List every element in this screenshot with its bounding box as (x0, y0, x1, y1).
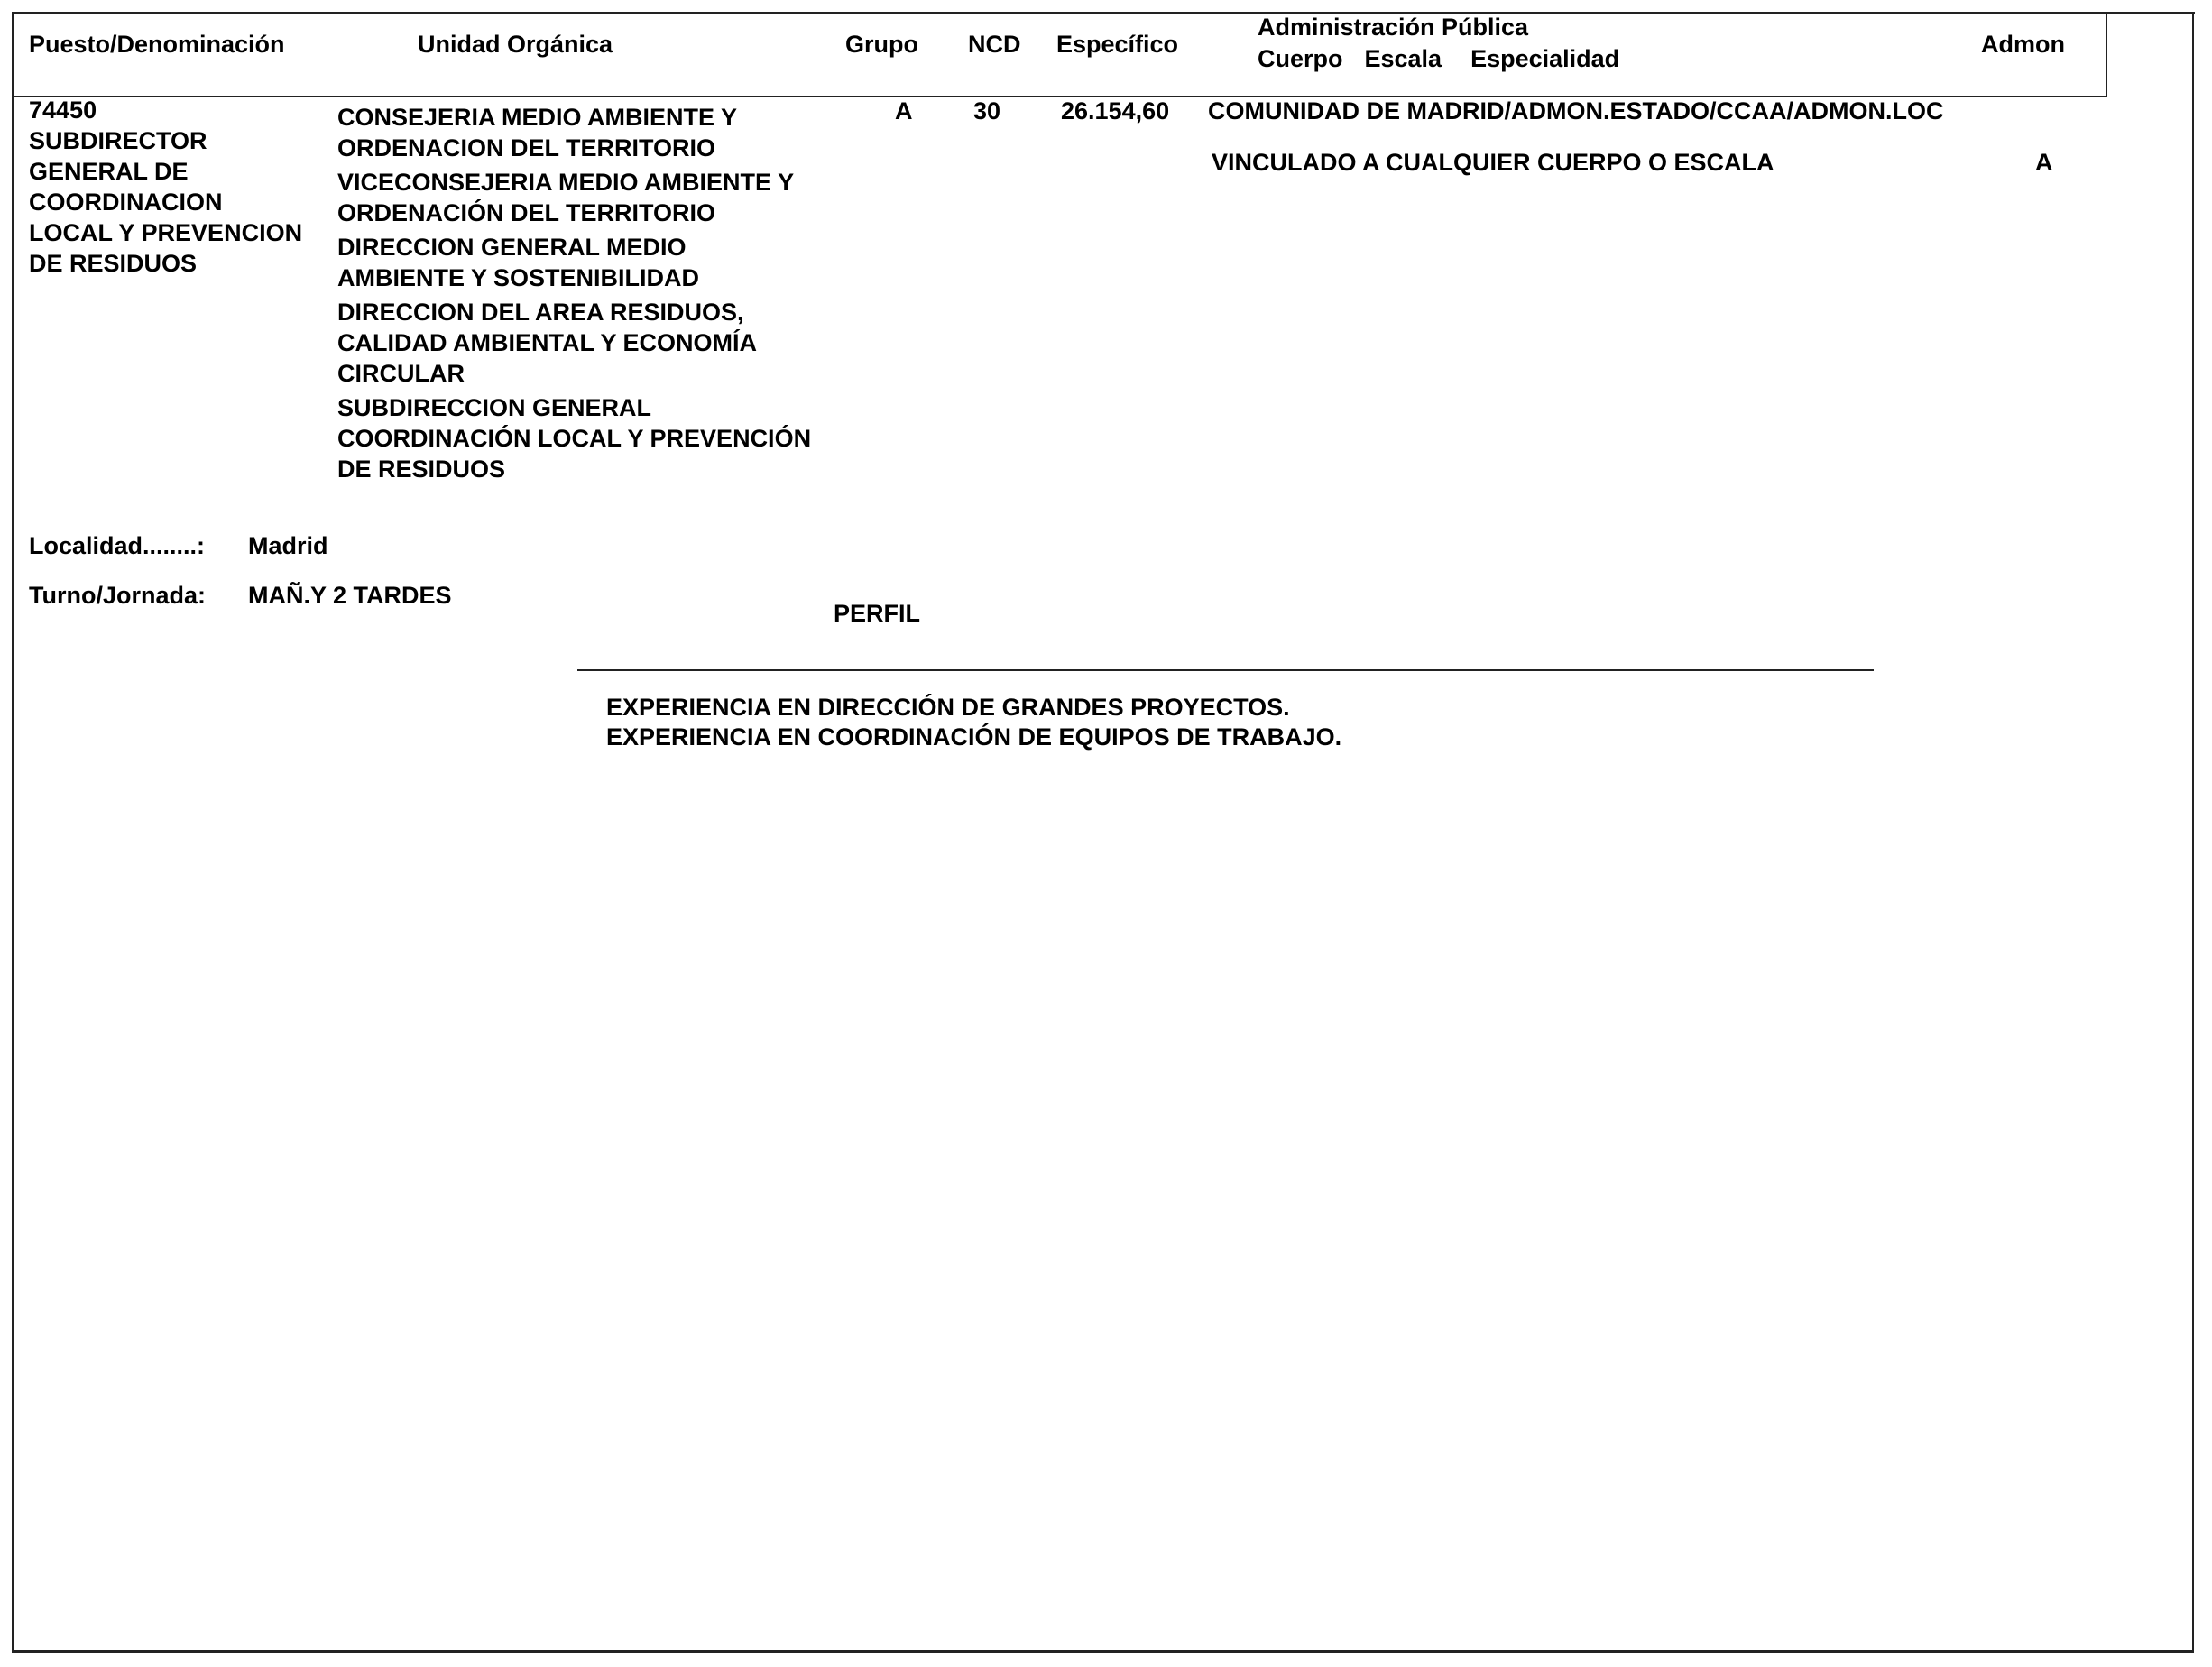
frame-top-right-edge (2106, 12, 2195, 14)
unidad-item: DIRECCION GENERAL MEDIO AMBIENTE Y SOSTE… (337, 232, 811, 293)
localidad-value: Madrid (248, 530, 328, 561)
unidad-line: CALIDAD AMBIENTAL Y ECONOMÍA (337, 327, 811, 358)
header-grupo: Grupo (845, 29, 918, 60)
header-admin-publica: Administración Pública (1258, 12, 1528, 42)
header-subcolumns: CuerpoEscalaEspecialidad (1258, 43, 1619, 74)
denominacion-line: LOCAL Y PREVENCION (29, 217, 302, 248)
unidad-item: SUBDIRECCION GENERAL COORDINACIÓN LOCAL … (337, 392, 811, 484)
especifico-value: 26.154,60 (1061, 96, 1169, 126)
header-ncd: NCD (968, 29, 1021, 60)
grupo-value: A (895, 96, 913, 126)
unidad-line: VICECONSEJERIA MEDIO AMBIENTE Y (337, 167, 811, 198)
unidad-item: CONSEJERIA MEDIO AMBIENTE Y ORDENACION D… (337, 102, 811, 163)
unidad-line: DE RESIDUOS (337, 454, 811, 484)
admon-value: A (2035, 147, 2053, 178)
perfil-line: EXPERIENCIA EN DIRECCIÓN DE GRANDES PROY… (606, 693, 1341, 723)
turno-label: Turno/Jornada: (29, 580, 206, 611)
header-admon: Admon (1981, 29, 2065, 60)
unidad-line: DIRECCION DEL AREA RESIDUOS, (337, 297, 811, 327)
denominacion-line: SUBDIRECTOR (29, 125, 302, 156)
administracion-publica-value: COMUNIDAD DE MADRID/ADMON.ESTADO/CCAA/AD… (1208, 96, 1943, 126)
unidad-line: AMBIENTE Y SOSTENIBILIDAD (337, 262, 811, 293)
unidad-line: ORDENACIÓN DEL TERRITORIO (337, 198, 811, 228)
perfil-title: PERFIL (834, 598, 920, 629)
header-unidad: Unidad Orgánica (418, 29, 613, 60)
unidad-organica-column: CONSEJERIA MEDIO AMBIENTE Y ORDENACION D… (337, 102, 811, 488)
unidad-item: DIRECCION DEL AREA RESIDUOS, CALIDAD AMB… (337, 297, 811, 389)
unidad-line: CONSEJERIA MEDIO AMBIENTE Y (337, 102, 811, 133)
perfil-divider (577, 669, 1874, 671)
puesto-code: 74450 (29, 95, 302, 125)
unidad-line: DIRECCION GENERAL MEDIO (337, 232, 811, 262)
unidad-line: SUBDIRECCION GENERAL (337, 392, 811, 423)
unidad-item: VICECONSEJERIA MEDIO AMBIENTE Y ORDENACI… (337, 167, 811, 228)
header-puesto: Puesto/Denominación (29, 29, 285, 60)
header-especialidad: Especialidad (1470, 45, 1619, 72)
header-escala: Escala (1365, 45, 1442, 72)
ncd-value: 30 (973, 96, 1000, 126)
perfil-line: EXPERIENCIA EN COORDINACIÓN DE EQUIPOS D… (606, 723, 1341, 752)
header-cuerpo: Cuerpo (1258, 45, 1343, 72)
denominacion-line: COORDINACION (29, 187, 302, 217)
cuerpo-escala-value: VINCULADO A CUALQUIER CUERPO O ESCALA (1212, 147, 1774, 178)
puesto-column: 74450 SUBDIRECTOR GENERAL DE COORDINACIO… (29, 95, 302, 279)
header-especifico: Específico (1056, 29, 1178, 60)
unidad-line: COORDINACIÓN LOCAL Y PREVENCIÓN (337, 423, 811, 454)
unidad-line: ORDENACION DEL TERRITORIO (337, 133, 811, 163)
turno-value: MAÑ.Y 2 TARDES (248, 580, 452, 611)
denominacion-line: DE RESIDUOS (29, 248, 302, 279)
localidad-label: Localidad........: (29, 530, 205, 561)
denominacion-line: GENERAL DE (29, 156, 302, 187)
perfil-content: EXPERIENCIA EN DIRECCIÓN DE GRANDES PROY… (606, 693, 1341, 752)
unidad-line: CIRCULAR (337, 358, 811, 389)
